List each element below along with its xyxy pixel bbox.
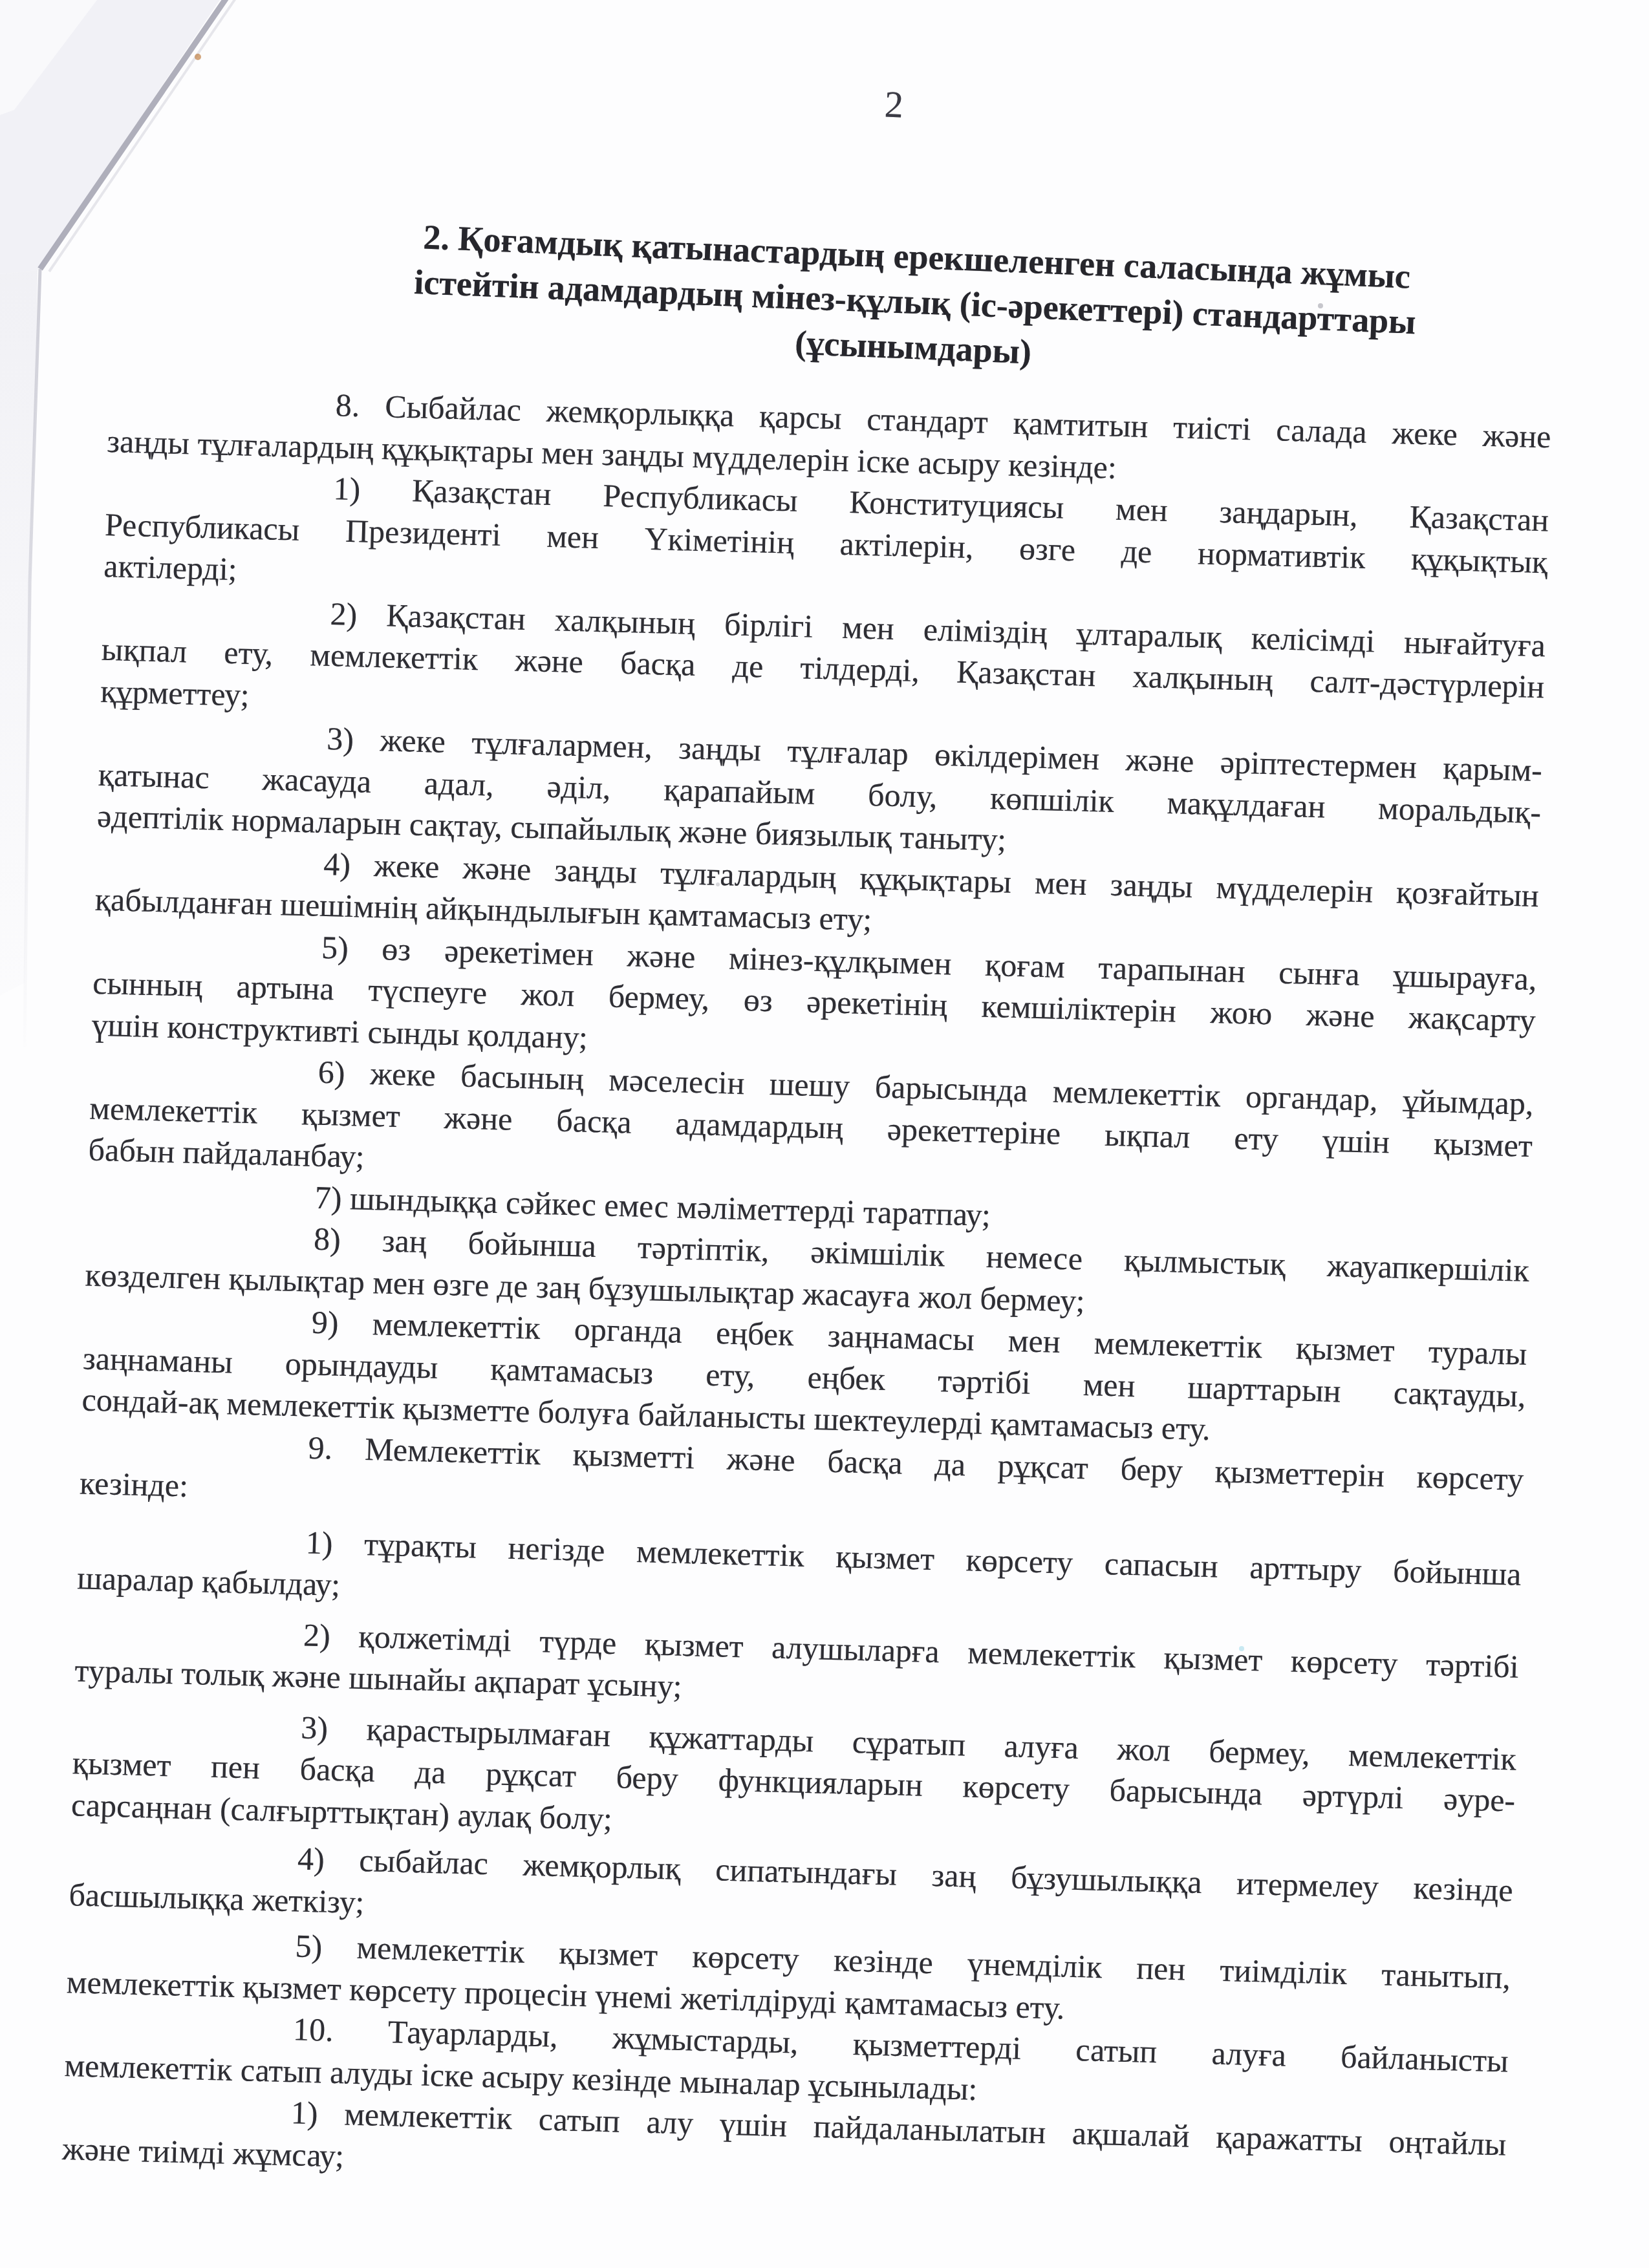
document-title: 2. Қоғамдық қатынастардың ерекшеленген с… (266, 208, 1564, 396)
left-edge-crease-line (25, 269, 40, 1047)
left-edge-shadow-band (0, 270, 38, 996)
fold-crease-line-soft (49, 0, 235, 272)
page-corner-highlight (0, 0, 97, 115)
fold-crease-line (40, 0, 228, 269)
document-body: 8. Сыбайлас жемқорлыққа қарсы стандарт қ… (61, 378, 1551, 2207)
page-corner-fold-shadow (0, 0, 220, 274)
scanned-page: 2 2. Қоғамдық қатынастардың ерекшеленген… (0, 0, 1649, 2268)
page-number: 2 (884, 83, 904, 127)
scan-speck (195, 54, 201, 60)
